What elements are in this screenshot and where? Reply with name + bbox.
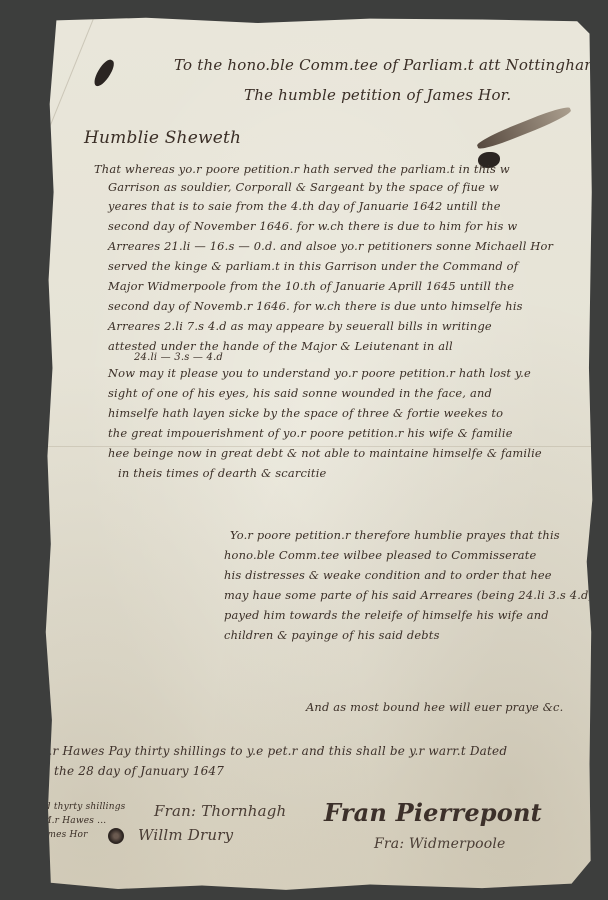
body-line: Arreares 21.li — 16.s — 0.d. and alsoe y… [108,239,553,253]
paper-fold-diagonal [49,16,95,128]
signature-widmerpoole: Fra: Widmerpoole [374,836,506,852]
prayer-line: payed him towards the releife of himself… [224,608,549,622]
salutation: Humblie Sheweth [84,128,241,148]
prayer-line: his distresses & weake condition and to … [224,568,552,582]
document-viewer: To the hono.ble Comm.tee of Parliam.t at… [0,0,608,900]
body-line: yeares that is to saie from the 4.th day… [108,199,501,213]
ink-streak-top-right [475,104,572,153]
heading-line-1: To the hono.ble Comm.tee of Parliam.t at… [174,56,604,74]
body-line: himselfe hath layen sicke by the space o… [108,406,503,420]
signature-drury: Willm Drury [138,826,233,844]
sum-total: 24.li — 3.s — 4.d [134,352,223,363]
receipt-line-2: of M.r Hawes ... [30,816,106,826]
signature-thornhagh: Fran: Thornhagh [154,802,286,820]
body-line: Now may it please you to understand yo.r… [108,366,531,380]
body-line: in theis times of dearth & scarcitie [118,466,327,480]
body-line: the great impouerishment of yo.r poore p… [108,426,513,440]
closing-line: And as most bound hee will euer praye &c… [306,700,563,714]
payment-order-line-1: M.r Hawes Pay thirty shillings to y.e pe… [36,744,507,758]
prayer-line: children & payinge of his said debts [224,628,440,642]
payment-order-line-2: the 28 day of January 1647 [54,764,224,778]
body-line: attested under the hande of the Major & … [108,339,453,353]
prayer-line: Yo.r poore petition.r therefore humblie … [230,528,560,542]
body-line: served the kinge & parliam.t in this Gar… [108,259,518,273]
body-line: second day of Novemb.r 1646. for w.ch th… [108,299,523,313]
seal-mark [108,828,124,844]
prayer-line: hono.ble Comm.tee wilbee pleased to Comm… [224,548,536,562]
body-line: Garrison as souldier, Corporall & Sargea… [108,180,499,194]
prayer-line: may haue some parte of his said Arreares… [224,588,593,602]
body-line: Arreares 2.li 7.s 4.d as may appeare by … [108,319,492,333]
body-line: sight of one of his eyes, his said sonne… [108,386,492,400]
receipt-line-3: James Hor [38,830,88,840]
signature-pierrepont: Fran Pierrepont [324,798,542,827]
ink-blot-top-left [91,57,116,89]
receipt-line-1: Rec.d thyrty shillings [24,802,126,812]
heading-line-2: The humble petition of James Hor. [244,86,511,104]
body-line: Major Widmerpoole from the 10.th of Janu… [108,279,514,293]
body-line: second day of November 1646. for w.ch th… [108,219,517,233]
body-line: That whereas yo.r poore petition.r hath … [94,162,510,176]
body-line: hee beinge now in great debt & not able … [108,446,542,460]
manuscript-page: To the hono.ble Comm.tee of Parliam.t at… [34,16,594,896]
